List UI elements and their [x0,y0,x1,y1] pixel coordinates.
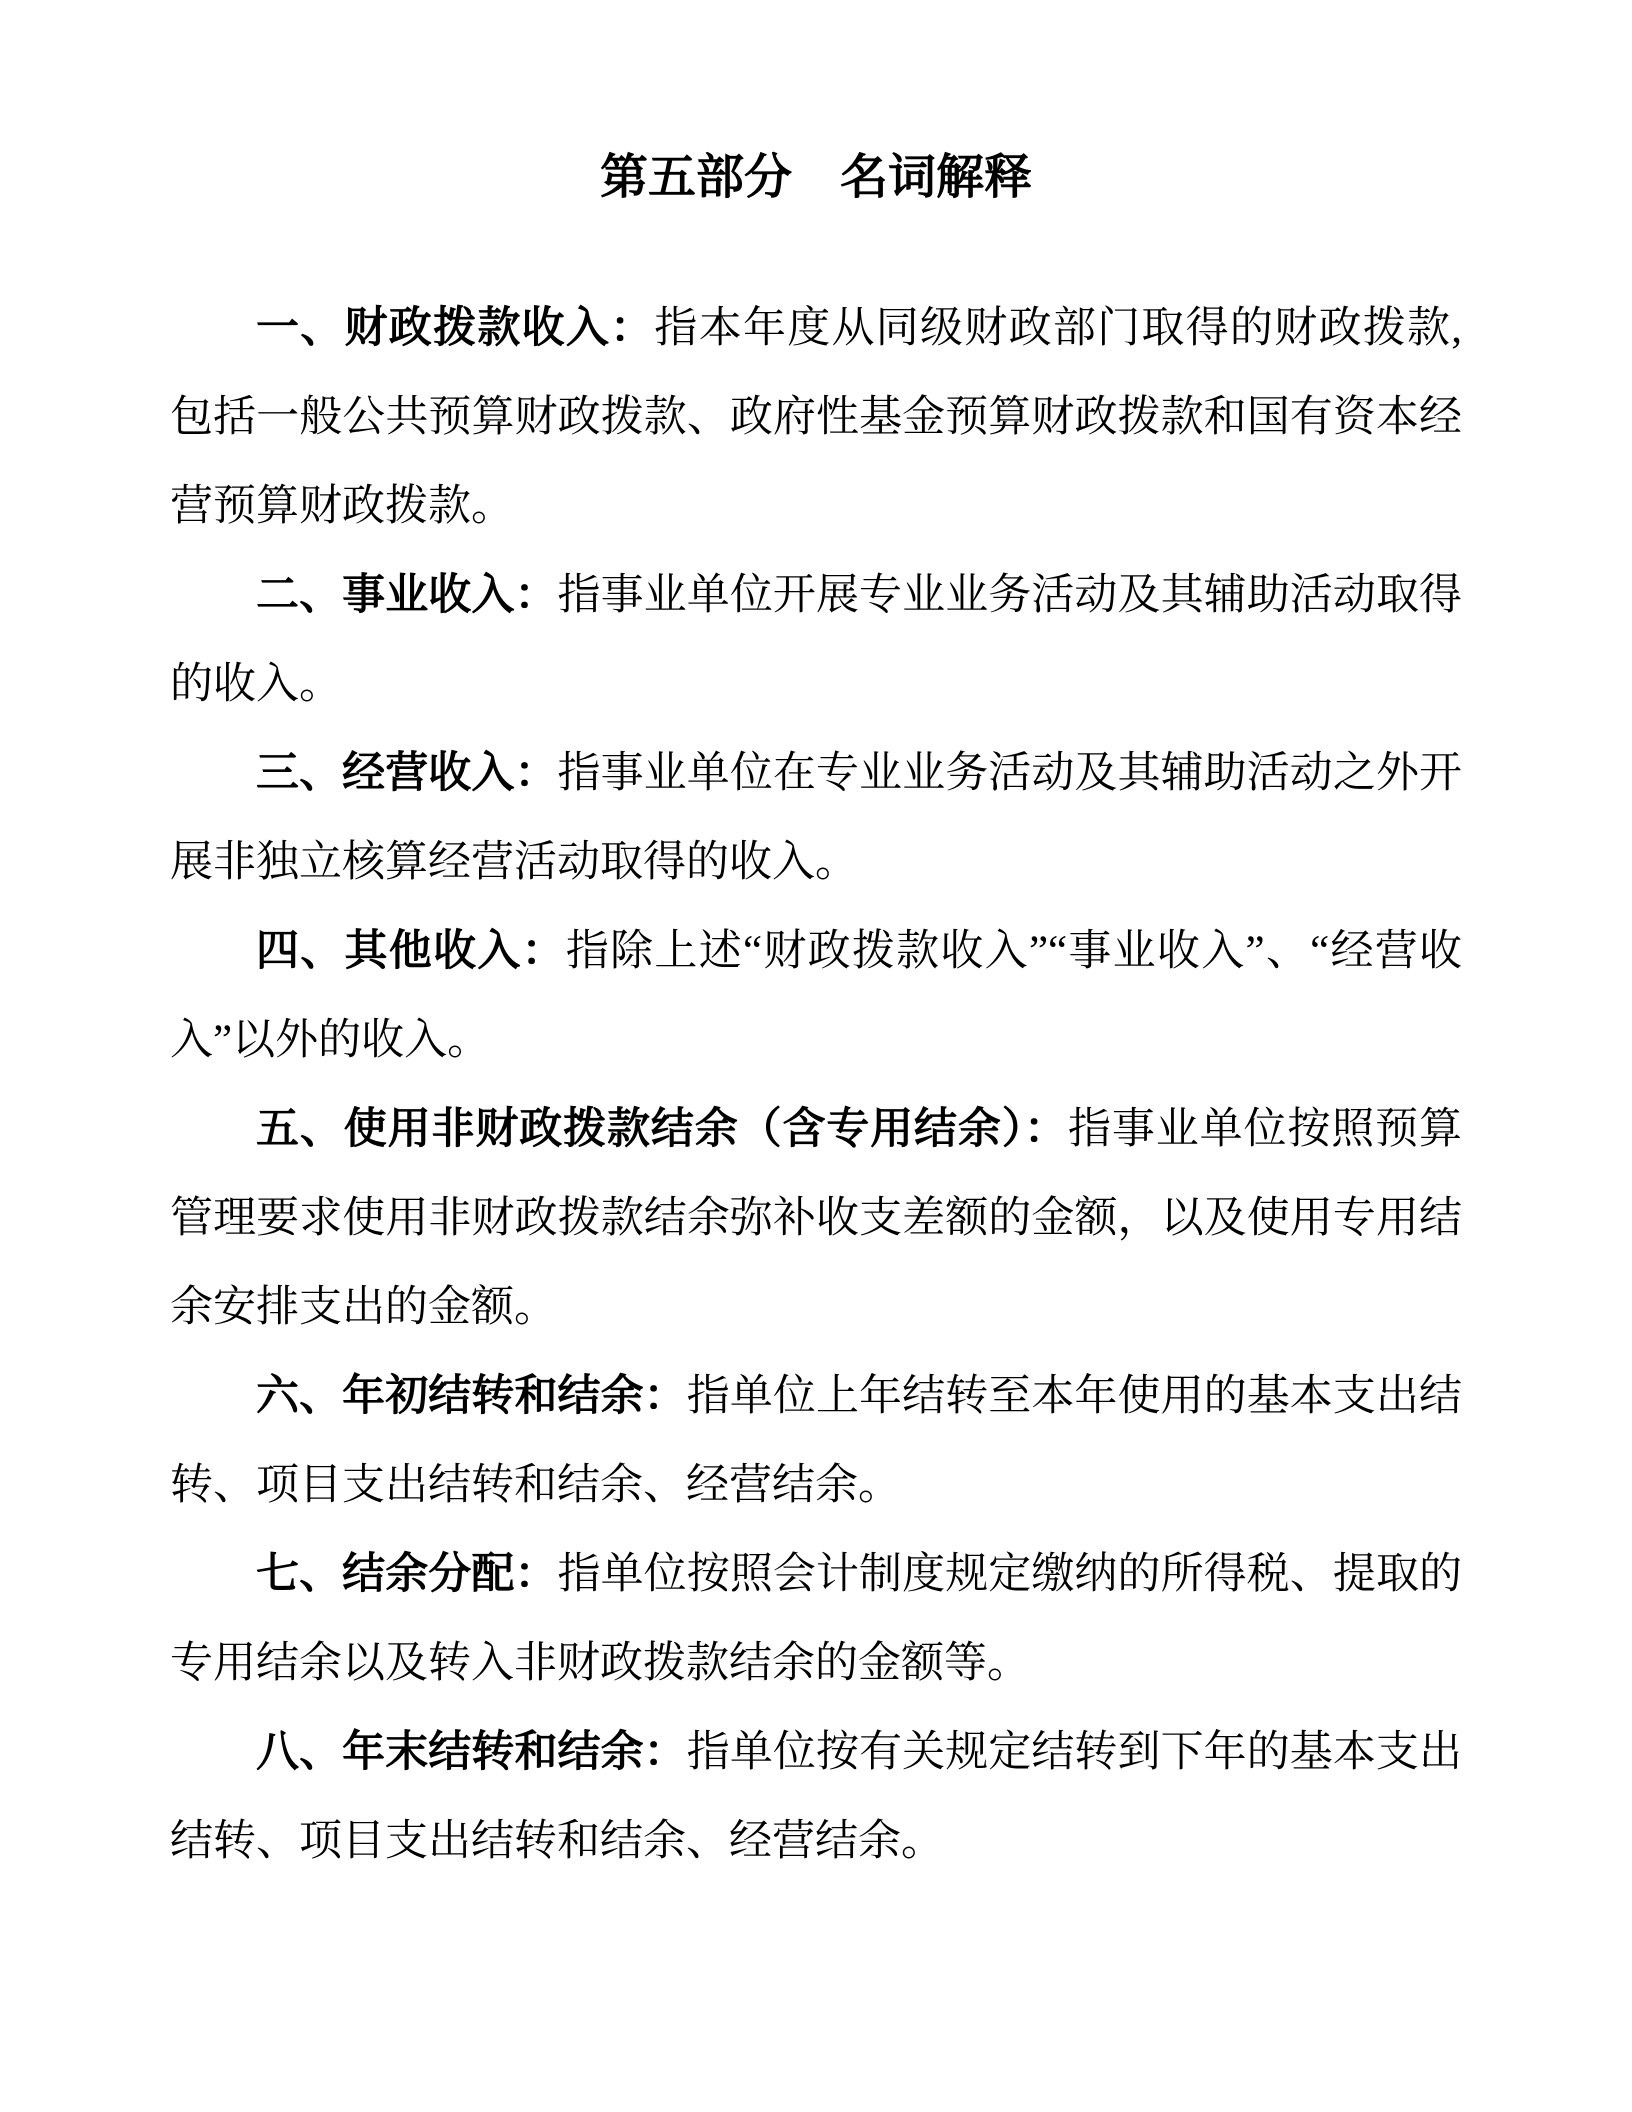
term-label: 五、使用非财政拨款结余（含专用结余）： [256,1106,1068,1153]
glossary-entry-2: 二、事业收入：指事业单位开展专业业务活动及其辅助活动取得的收入。 [170,551,1462,729]
glossary-entry-8: 八、年末结转和结余：指单位按有关规定结转到下年的基本支出结转、项目支出结转和结余… [170,1708,1462,1886]
term-label: 二、事业收入： [256,572,558,619]
document-page: 第五部分 名词解释 一、财政拨款收入：指本年度从同级财政部门取得的财政拨款,包括… [0,0,1632,2112]
glossary-entry-5: 五、使用非财政拨款结余（含专用结余）：指事业单位按照预算管理要求使用非财政拨款结… [170,1085,1462,1352]
term-label: 八、年末结转和结余： [256,1729,687,1776]
term-label: 四、其他收入： [256,928,566,975]
page-title: 第五部分 名词解释 [170,148,1462,208]
glossary-entry-7: 七、结余分配：指单位按照会计制度规定缴纳的所得税、提取的专用结余以及转入非财政拨… [170,1530,1462,1708]
glossary-entry-1: 一、财政拨款收入：指本年度从同级财政部门取得的财政拨款,包括一般公共预算财政拨款… [170,284,1462,551]
glossary-entry-3: 三、经营收入：指事业单位在专业业务活动及其辅助活动之外开展非独立核算经营活动取得… [170,729,1462,907]
term-label: 三、经营收入： [256,750,558,797]
term-label: 六、年初结转和结余： [256,1373,687,1420]
document-content: 第五部分 名词解释 一、财政拨款收入：指本年度从同级财政部门取得的财政拨款,包括… [170,0,1462,1886]
glossary-entry-4: 四、其他收入：指除上述“财政拨款收入”“事业收入”、“经营收入”以外的收入。 [170,907,1462,1085]
glossary-section: 一、财政拨款收入：指本年度从同级财政部门取得的财政拨款,包括一般公共预算财政拨款… [170,284,1462,1886]
glossary-entry-6: 六、年初结转和结余：指单位上年结转至本年使用的基本支出结转、项目支出结转和结余、… [170,1352,1462,1530]
term-label: 七、结余分配： [256,1551,558,1598]
term-label: 一、财政拨款收入： [256,305,654,352]
